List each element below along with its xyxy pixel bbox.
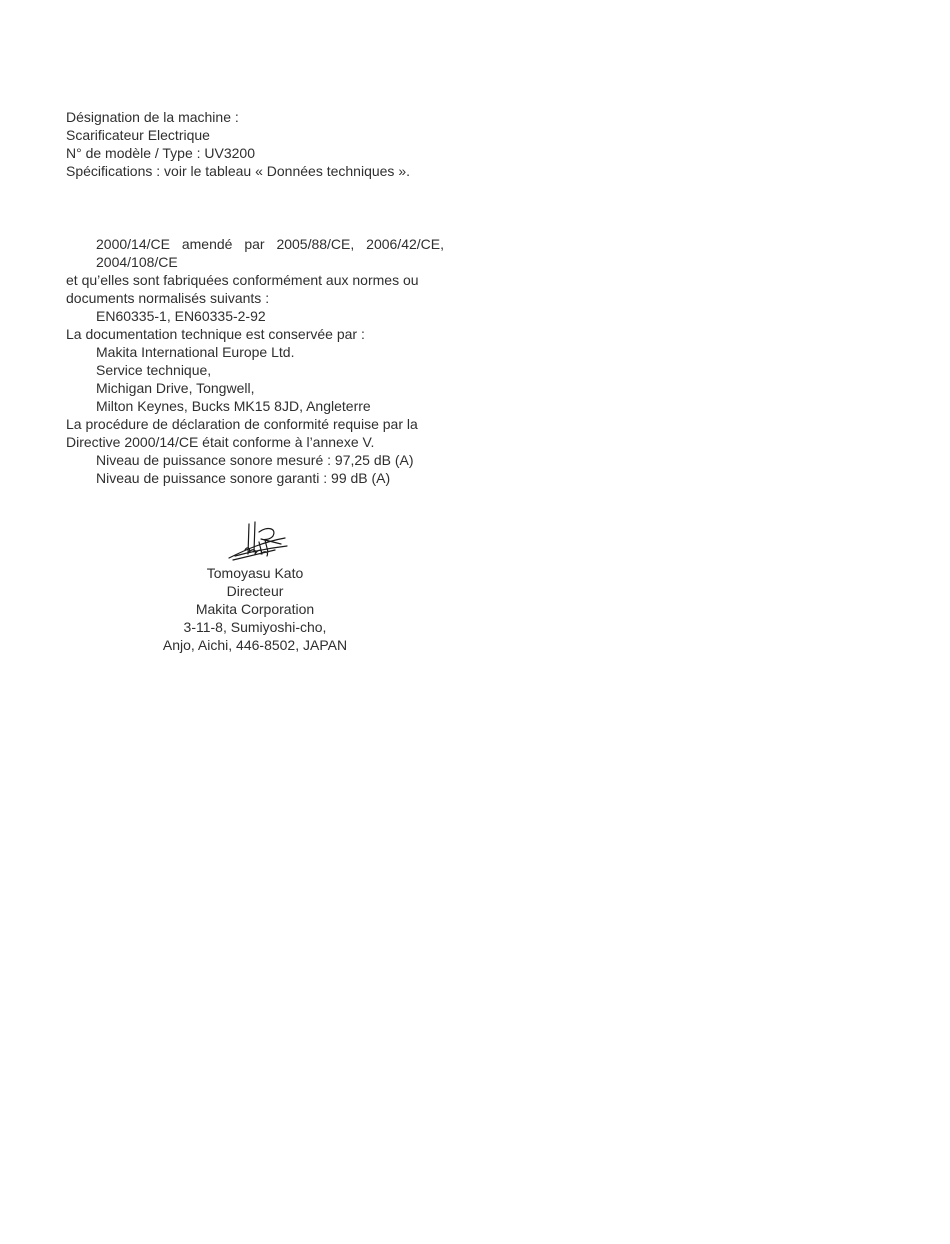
signatory-name: Tomoyasu Kato [135,564,375,582]
tech-doc-address-line: Michigan Drive, Tongwell, [66,379,446,397]
tech-doc-address-line: Makita International Europe Ltd. [66,343,446,361]
procedure-line-2: Directive 2000/14/CE était conforme à l’… [66,433,446,451]
signatory-address-line-2: Anjo, Aichi, 446-8502, JAPAN [135,636,375,654]
signatory-company: Makita Corporation [135,600,375,618]
model-type-line: N° de modèle / Type : UV3200 [66,144,446,162]
tech-doc-intro: La documentation technique est conservée… [66,325,446,343]
procedure-line-1: La procédure de déclaration de conformit… [66,415,446,433]
designation-label: Désignation de la machine : [66,108,446,126]
sound-level-guaranteed: Niveau de puissance sonore garanti : 99 … [66,469,446,487]
standards-intro-line-1: et qu’elles sont fabriquées conformément… [66,271,446,289]
directive-list: 2000/14/CE amendé par 2005/88/CE, 2006/4… [66,235,444,271]
standards-intro-line-2: documents normalisés suivants : [66,289,446,307]
directives-block: 2000/14/CE amendé par 2005/88/CE, 2006/4… [66,235,446,487]
machine-info-block: Désignation de la machine : Scarificateu… [66,108,446,180]
signatory-title: Directeur [135,582,375,600]
tech-doc-address-line: Service technique, [66,361,446,379]
designation-value: Scarificateur Electrique [66,126,446,144]
signatory-address-line-1: 3-11-8, Sumiyoshi-cho, [135,618,375,636]
standards-list: EN60335-1, EN60335-2-92 [66,307,446,325]
signature-icon [215,520,295,564]
sound-level-measured: Niveau de puissance sonore mesuré : 97,2… [66,451,446,469]
specifications-line: Spécifications : voir le tableau « Donné… [66,162,446,180]
signatory-block: Tomoyasu Kato Directeur Makita Corporati… [135,520,375,654]
tech-doc-address-line: Milton Keynes, Bucks MK15 8JD, Angleterr… [66,397,446,415]
